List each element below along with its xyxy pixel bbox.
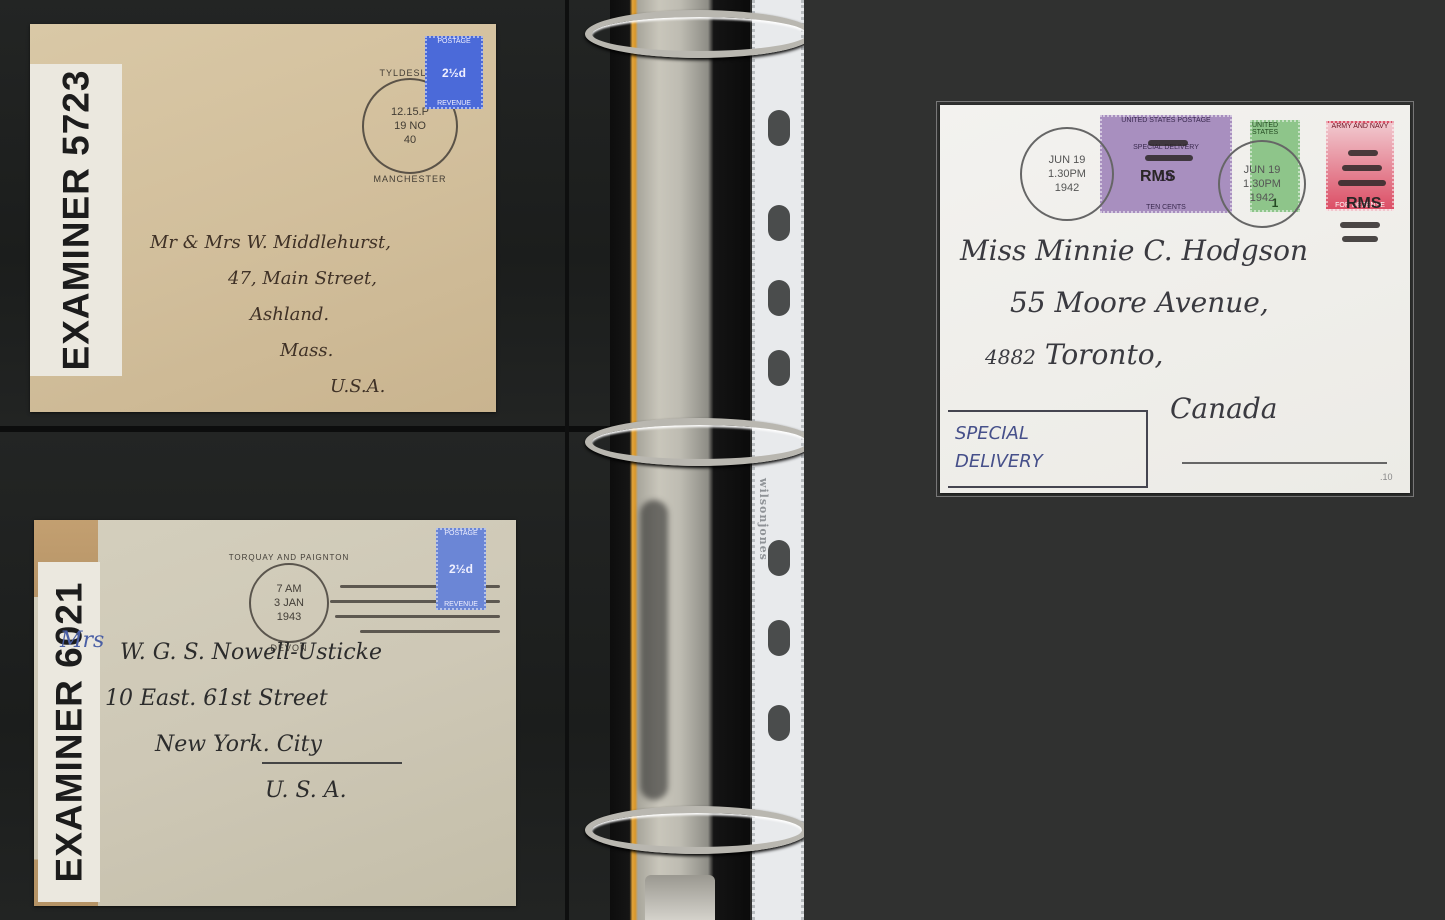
address-line: Miss Minnie C. Hodgson: [960, 225, 1308, 277]
binder-ring-top[interactable]: [585, 10, 814, 58]
note-line: SPECIAL: [955, 420, 1043, 448]
postmark-year: 1942: [1250, 191, 1274, 205]
postmark-region: MANCHESTER: [373, 172, 446, 186]
stamp-text: POSTAGE: [437, 38, 470, 45]
address-underline: [262, 762, 402, 764]
postmark-time: 7 AM: [276, 582, 301, 596]
postmark-town: TORQUAY AND PAIGNTON: [229, 551, 350, 565]
punch-hole: [768, 205, 790, 241]
address-line: Mass.: [150, 333, 391, 369]
stamp-text: UNITED STATES POSTAGE: [1121, 117, 1210, 124]
address-line: 10 East. 61st Street: [95, 676, 382, 722]
postmark-time: 1.30PM: [1243, 177, 1281, 191]
stamp-value: 2½d: [449, 562, 473, 576]
punch-hole: [768, 280, 790, 316]
stamp-gb-king-george: POSTAGE 2½d REVENUE: [436, 528, 486, 610]
cancel-bar: [1148, 140, 1188, 146]
spine-reflection: [640, 500, 668, 800]
censor-label: EXAMINER 6021: [38, 562, 100, 902]
stamp-value: 2½d: [442, 66, 466, 80]
address-line: Toronto,: [1045, 338, 1164, 371]
handwritten-address: Mr & Mrs W. Middlehurst, 47, Main Street…: [150, 225, 391, 405]
binder-ring-middle[interactable]: [585, 418, 814, 466]
stamp-text: ARMY AND NAVY: [1332, 123, 1389, 130]
stamp-text: REVENUE: [437, 100, 471, 107]
rms-cancel: RMS: [1346, 195, 1382, 213]
postmark: JUN 19 1.30PM 1942: [1218, 140, 1306, 228]
censor-text: EXAMINER 6021: [48, 582, 90, 883]
postmark-year: 40: [404, 133, 416, 147]
stamp-text: POSTAGE: [444, 530, 477, 537]
cancel-bar: [1342, 165, 1382, 171]
postal-code-note: 4882: [985, 345, 1036, 369]
postmark-date: JUN 19: [1049, 153, 1086, 167]
page-edge: [565, 0, 569, 920]
special-delivery-note: SPECIAL DELIVERY: [955, 420, 1043, 476]
pencil-price-note: .10: [1380, 472, 1393, 482]
postmark-date: 3 JAN: [274, 596, 304, 610]
address-underline: [1182, 462, 1387, 464]
stamp-us-special-delivery: UNITED STATES POSTAGE SPECIAL DELIVERY 1…: [1100, 115, 1232, 213]
address-line: 55 Moore Avenue,: [960, 277, 1308, 329]
postmark-time: 1.30PM: [1048, 167, 1086, 181]
stamp-gb-king-george: POSTAGE 2½d REVENUE: [425, 36, 483, 109]
handwritten-address: W. G. S. Nowell-Usticke 10 East. 61st St…: [95, 630, 382, 814]
censor-text: EXAMINER 5723: [55, 70, 97, 371]
rms-cancel: RMS: [1140, 168, 1176, 186]
address-line: Ashland.: [150, 297, 391, 333]
binder-lever-clip[interactable]: [645, 875, 715, 920]
address-line: 47, Main Street,: [150, 261, 391, 297]
stamp-text: REVENUE: [444, 601, 478, 608]
address-line: U. S. A.: [95, 768, 382, 814]
note-line: DELIVERY: [955, 448, 1043, 476]
stamp-text: TEN CENTS: [1146, 204, 1186, 211]
censor-label: EXAMINER 5723: [30, 64, 122, 376]
postmark-date: JUN 19: [1244, 163, 1281, 177]
punch-hole: [768, 620, 790, 656]
address-line: U.S.A.: [150, 369, 391, 405]
postmark-date: 19 NO: [394, 119, 426, 133]
binder-ring-bottom[interactable]: [585, 806, 809, 854]
sheet-brand-label: wilsonjones: [757, 478, 770, 561]
machine-cancel-line: [335, 615, 500, 618]
punch-hole: [768, 540, 790, 576]
address-line: Mr & Mrs W. Middlehurst,: [150, 225, 391, 261]
cancel-bar: [1340, 222, 1380, 228]
cancel-bar: [1145, 155, 1193, 161]
cancel-bar: [1348, 150, 1378, 156]
postmark: JUN 19 1.30PM 1942: [1020, 127, 1114, 221]
binder-photo: wilsonjones EXAMINER 5723 12.15.P 19 NO …: [0, 0, 1445, 920]
punch-hole: [768, 110, 790, 146]
postmark-year: 1943: [277, 610, 301, 624]
handwritten-address: Miss Minnie C. Hodgson 55 Moore Avenue, …: [960, 225, 1308, 435]
stamp-text: UNITED STATES: [1252, 122, 1298, 136]
address-line: W. G. S. Nowell-Usticke: [95, 630, 382, 676]
cancel-bar: [1338, 180, 1386, 186]
punch-hole: [768, 705, 790, 741]
postmark-time: 12.15.P: [391, 105, 429, 119]
postmark-year: 1942: [1055, 181, 1079, 195]
punch-hole: [768, 350, 790, 386]
cancel-bar: [1342, 236, 1378, 242]
